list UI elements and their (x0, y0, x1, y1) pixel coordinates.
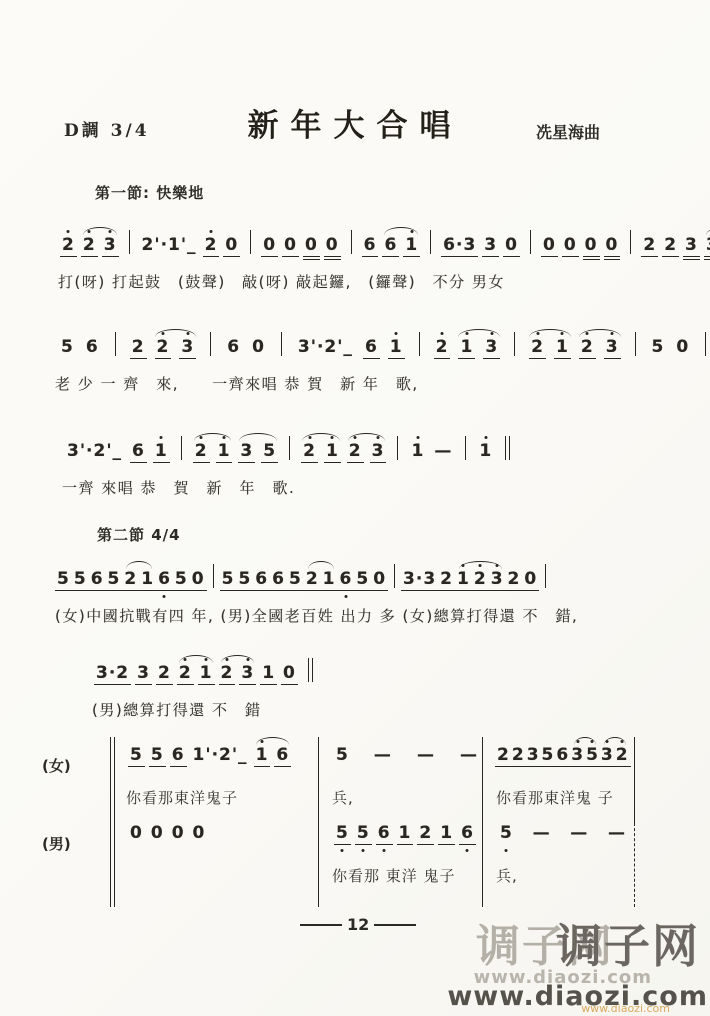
barline (289, 436, 290, 460)
duration-underline (198, 684, 215, 685)
note: 6 (91, 571, 104, 588)
note: 2 (664, 237, 677, 254)
music-line: 2232'·1'_2000006616·330000022335打(呀) 打起鼓… (58, 218, 710, 292)
octave-dot-above (186, 332, 189, 335)
measure-lyric: 兵, (332, 787, 354, 808)
note: 1 (262, 665, 275, 682)
note: 2 (474, 571, 487, 588)
section-1-heading: 第一節: 快樂地 (95, 182, 204, 203)
note: — (460, 747, 478, 764)
note: 5 (61, 339, 74, 356)
sheet-music-page: D調 3/4 新年大合唱 冼星海曲 第一節: 快樂地 第二節 4/4 2232'… (0, 0, 710, 1016)
note: 6·3 (443, 237, 476, 254)
two-voice-system: (女)5561'·2'_16你看那東洋鬼子5———兵,223563532你看那東… (40, 733, 660, 913)
note: 2 (124, 571, 137, 588)
measure-notes: 223563532 (496, 747, 630, 764)
barline (465, 436, 466, 460)
note: 5 (542, 747, 555, 764)
slur-group: 123 (455, 571, 506, 588)
duration-underline (388, 358, 405, 359)
duration-underline (554, 358, 571, 359)
octave-dot-above (591, 740, 594, 743)
duration-underline (72, 590, 89, 591)
note: 5 (222, 571, 235, 588)
note: 5 (336, 747, 349, 764)
note: 3'·2'_ (67, 443, 122, 460)
note: 5 (263, 443, 276, 460)
lyrics-row: (男)總算打得還 不 錯 (92, 699, 321, 720)
note: 3 (485, 339, 498, 356)
measure-notes: 5561'·2'_16 (126, 747, 316, 764)
duration-underline (506, 590, 523, 591)
note: 5 (151, 747, 164, 764)
note: 2 (221, 665, 234, 682)
duration-underline (583, 256, 600, 257)
note: 3'·2'_ (298, 339, 353, 356)
octave-dot-above (576, 740, 579, 743)
note: 1 (440, 825, 453, 842)
measure-lyric: 兵, (496, 865, 518, 886)
barline (115, 332, 116, 356)
barline (281, 332, 282, 356)
barline (129, 230, 130, 254)
measure-lyric: 你看那 東洋 鬼子 (332, 865, 456, 886)
lyrics-row: 打(呀) 打起鼓 (鼓聲) 敲(呀) 敲起鑼, (鑼聲) 不分 男女 (58, 271, 710, 292)
duration-underline (541, 256, 558, 257)
note: 3 (527, 747, 540, 764)
note: 5 (130, 747, 143, 764)
duration-underline (355, 844, 372, 845)
note: 1 (479, 443, 492, 460)
duration-underline (177, 684, 194, 685)
slur-group: 21 (175, 665, 217, 682)
slur-group: 23 (575, 339, 625, 356)
duration-underline (641, 256, 658, 257)
notation-row: 2232'·1'_2000006616·330000022335 (58, 218, 710, 262)
note: 6 (172, 747, 185, 764)
note: 0 (606, 237, 619, 254)
octave-dot-above (484, 436, 487, 439)
duration-underline (614, 766, 631, 767)
duration-underline (362, 256, 379, 257)
note: 1 (460, 339, 473, 356)
duration-underline (363, 358, 380, 359)
note: 0 (543, 237, 556, 254)
notation-row: 3·232212310 (92, 646, 321, 690)
lyrics-row: (女)中國抗戰有四 年, (男)全國老百姓 出力 多 (女)總算打得還 不 錯, (55, 605, 578, 626)
duration-underline (472, 590, 489, 591)
duration-underline (156, 684, 173, 685)
duration-underline (455, 590, 472, 591)
note: 0 (225, 237, 238, 254)
duration-underline (434, 358, 451, 359)
slur-group: 35 (702, 237, 710, 254)
note: 2 (195, 443, 208, 460)
duration-underline (60, 256, 77, 257)
note: 6 (461, 825, 474, 842)
duration-underline (190, 590, 207, 591)
note: 2 (440, 571, 453, 588)
octave-dot-above (331, 436, 334, 439)
duration-underline (459, 844, 476, 845)
duration-underline (219, 684, 236, 685)
duration-underline (604, 259, 621, 260)
octave-dot-above (184, 658, 187, 661)
note: 0 (585, 237, 598, 254)
octave-dot-above (611, 332, 614, 335)
duration-underline (274, 766, 291, 767)
note: 2 (497, 747, 510, 764)
note: 1 (411, 443, 424, 460)
note: 3 (104, 237, 117, 254)
octave-dot-above (465, 332, 468, 335)
note: 3·2 (96, 665, 129, 682)
slur-group: 23 (217, 665, 259, 682)
octave-dot-above (225, 658, 228, 661)
octave-dot-above (354, 436, 357, 439)
system-barline (110, 737, 115, 907)
duration-underline (216, 462, 233, 463)
duration-underline (139, 590, 156, 591)
duration-underline (130, 462, 147, 463)
duration-underline (401, 590, 438, 591)
duration-underline (253, 590, 270, 591)
duration-underline (304, 590, 321, 591)
octave-dot-above (109, 230, 112, 233)
duration-underline (417, 844, 434, 845)
duration-underline (338, 590, 355, 591)
section-2-heading: 第二節 4/4 (97, 524, 181, 545)
note: — (434, 443, 452, 460)
duration-underline (583, 259, 600, 260)
note: 5 (356, 571, 369, 588)
duration-underline (287, 590, 304, 591)
note: 0 (505, 237, 518, 254)
barline (505, 436, 510, 460)
note: 0 (564, 237, 577, 254)
page-title: 新年大合唱 (0, 100, 710, 145)
note: 2 (83, 237, 96, 254)
duration-underline (522, 590, 539, 591)
octave-dot-above (222, 436, 225, 439)
duration-underline (55, 590, 72, 591)
octave-dot-above (88, 230, 91, 233)
lyrics-row: 一齊 來唱 恭 賀 新 年 歌. (62, 477, 518, 498)
note: 2 (419, 825, 432, 842)
note: 5 (108, 571, 121, 588)
note: 2 (179, 665, 192, 682)
system-barline (318, 737, 319, 907)
note: 5 (357, 825, 370, 842)
slur-group: 21 (525, 339, 575, 356)
octave-dot-above (205, 658, 208, 661)
note: — (533, 825, 551, 842)
note: 2 (643, 237, 656, 254)
note: 0 (305, 237, 318, 254)
note: 6 (158, 571, 171, 588)
slur-group: 21 (298, 443, 344, 460)
duration-underline (238, 462, 255, 463)
note: 3 (601, 747, 614, 764)
note: 1 (155, 443, 168, 460)
note: 6 (378, 825, 391, 842)
note: 6 (272, 571, 285, 588)
barline (213, 564, 214, 588)
octave-dot-below (362, 849, 365, 852)
note: 6 (86, 339, 99, 356)
octave-dot-below (163, 595, 166, 598)
note: 0 (373, 571, 386, 588)
barline (394, 564, 395, 588)
note: 0 (130, 825, 143, 842)
barline (635, 332, 636, 356)
barline (308, 658, 313, 682)
duration-underline (220, 590, 237, 591)
duration-underline (482, 256, 499, 257)
note: 0 (192, 571, 205, 588)
duration-underline (370, 462, 387, 463)
duration-underline (483, 358, 500, 359)
duration-underline (239, 684, 256, 685)
duration-underline (303, 259, 320, 260)
octave-dot-above (586, 332, 589, 335)
note: 0 (284, 237, 297, 254)
measure-lyric: 你看那東洋鬼子 (126, 787, 238, 808)
barline (181, 436, 182, 460)
octave-dot-above (161, 332, 164, 335)
slur-group: 35 (235, 443, 281, 460)
octave-dot-above (536, 332, 539, 335)
note: 2 (157, 339, 170, 356)
music-line: 55652165055665216503·3212320(女)中國抗戰有四 年,… (55, 552, 578, 626)
note: 6 (255, 571, 268, 588)
duration-underline (604, 358, 621, 359)
barline (397, 436, 398, 460)
octave-dot-above (462, 564, 465, 567)
note: 6 (276, 747, 289, 764)
note: 3 (137, 665, 150, 682)
music-line: 56223603'·2'_61213212350老 少 一 齊 來, 一齊來唱 … (55, 320, 710, 394)
octave-dot-above (377, 436, 380, 439)
note: 2 (132, 339, 145, 356)
duration-underline (261, 462, 278, 463)
duration-underline (441, 256, 478, 257)
octave-dot-above (160, 436, 163, 439)
system-barline (634, 823, 635, 907)
note: 5 (652, 339, 665, 356)
note: 5 (586, 747, 599, 764)
duration-underline (193, 462, 210, 463)
note: 2 (581, 339, 594, 356)
note: 5 (500, 825, 513, 842)
voice-label: (女) (42, 755, 71, 776)
measure-lyric: 你看那東洋鬼 子 (496, 787, 614, 808)
duration-underline (354, 590, 371, 591)
watermark-site-url: www.diaozi.com (447, 981, 708, 1012)
octave-dot-below (466, 849, 469, 852)
note: 1 (326, 443, 339, 460)
slur-group: 23 (79, 237, 121, 254)
duration-underline (135, 684, 152, 685)
measure-notes: 5——— (332, 747, 482, 764)
duration-underline (254, 766, 271, 767)
slur-group: 21 (304, 571, 338, 588)
note: — (374, 747, 392, 764)
duration-underline (170, 766, 187, 767)
note: 0 (193, 825, 206, 842)
duration-underline (324, 462, 341, 463)
slur-group: 16 (252, 747, 294, 764)
measure-notes: 5561216 (332, 825, 482, 842)
note: 6 (365, 339, 378, 356)
note: 6 (364, 237, 377, 254)
system-barline (634, 737, 635, 823)
duration-underline (503, 256, 520, 257)
barline (514, 332, 515, 356)
page-number: 12 (300, 915, 416, 934)
duration-underline (324, 259, 341, 260)
note: 2 (508, 571, 521, 588)
note: 2 (616, 747, 629, 764)
note: 1 (457, 571, 470, 588)
slur-group: 23 (344, 443, 390, 460)
barline (351, 230, 352, 254)
note: 1 (390, 339, 403, 356)
notation-row: 3'·2'_61213521231—1 (62, 424, 518, 468)
duration-underline (179, 358, 196, 359)
duration-underline (529, 358, 546, 359)
octave-dot-above (606, 740, 609, 743)
slur-group: 32 (600, 747, 630, 764)
barline (705, 332, 706, 356)
note: 2 (306, 571, 319, 588)
note: — (417, 747, 435, 764)
note: 1 (405, 237, 418, 254)
note: 5 (336, 825, 349, 842)
note: 3 (491, 571, 504, 588)
duration-underline (683, 256, 700, 257)
note: 3 (706, 237, 710, 254)
duration-underline (604, 256, 621, 257)
octave-dot-above (395, 332, 398, 335)
note: 0 (524, 571, 537, 588)
duration-underline (102, 256, 119, 257)
note: 6 (556, 747, 569, 764)
duration-underline (282, 256, 299, 257)
octave-dot-above (209, 230, 212, 233)
duration-underline (281, 684, 298, 685)
duration-underline (149, 766, 166, 767)
octave-dot-above (479, 564, 482, 567)
voice-label: (男) (42, 833, 71, 854)
duration-underline (704, 259, 710, 260)
note: 6 (132, 443, 145, 460)
barline (419, 332, 420, 356)
duration-underline (321, 590, 338, 591)
duration-underline (347, 462, 364, 463)
note: 3 (241, 665, 254, 682)
barline (630, 230, 631, 254)
duration-underline (438, 590, 455, 591)
page-number-text: 12 (347, 915, 369, 934)
duration-underline (562, 256, 579, 257)
duration-underline (704, 256, 710, 257)
barline (250, 230, 251, 254)
note: 5 (74, 571, 87, 588)
note: 1 (399, 825, 412, 842)
music-line: 3·232212310(男)總算打得還 不 錯 (92, 646, 321, 720)
note: 2'·1'_ (142, 237, 197, 254)
duration-underline (324, 256, 341, 257)
note: 6 (340, 571, 353, 588)
octave-dot-above (561, 332, 564, 335)
note: 1 (200, 665, 213, 682)
octave-dot-above (441, 332, 444, 335)
note: 2 (205, 237, 218, 254)
note: 5 (57, 571, 70, 588)
slur-group: 61 (380, 237, 422, 254)
duration-underline (236, 590, 253, 591)
duration-underline (489, 590, 506, 591)
note: — (608, 825, 626, 842)
duration-underline (403, 256, 420, 257)
duration-underline (173, 590, 190, 591)
barline (530, 230, 531, 254)
note: 5 (175, 571, 188, 588)
duration-underline (579, 358, 596, 359)
octave-dot-above (416, 436, 419, 439)
note: 5 (238, 571, 251, 588)
note: 0 (263, 237, 276, 254)
note: 0 (172, 825, 185, 842)
note: 0 (252, 339, 265, 356)
duration-underline (261, 256, 278, 257)
note: 3 (240, 443, 253, 460)
music-line: 3'·2'_61213521231—1一齊 來唱 恭 賀 新 年 歌. (62, 424, 518, 498)
note: 3·3 (403, 571, 436, 588)
duration-underline (130, 358, 147, 359)
duration-underline (438, 844, 455, 845)
octave-dot-above (246, 658, 249, 661)
duration-underline (106, 590, 123, 591)
slur-group: 21 (190, 443, 236, 460)
duration-underline (662, 256, 679, 257)
notation-row: 56223603'·2'_61213212350 (55, 320, 710, 364)
measure-notes: 5——— (496, 825, 630, 842)
octave-dot-above (200, 436, 203, 439)
composer-credit: 冼星海曲 (536, 120, 600, 143)
barline (210, 332, 211, 356)
octave-dot-below (341, 849, 344, 852)
note: 1'·2'_ (193, 747, 248, 764)
note: 2 (158, 665, 171, 682)
duration-underline (94, 684, 131, 685)
duration-underline (270, 590, 287, 591)
duration-underline (382, 256, 399, 257)
barline (430, 230, 431, 254)
note: 1 (323, 571, 336, 588)
duration-underline (371, 590, 388, 591)
octave-dot-above (260, 740, 263, 743)
duration-underline (156, 590, 173, 591)
duration-underline (128, 766, 145, 767)
notation-row: 55652165055665216503·3212320 (55, 552, 578, 596)
octave-dot-below (505, 849, 508, 852)
note: 3 (571, 747, 584, 764)
slur-group: 23 (151, 339, 201, 356)
octave-dot-above (410, 230, 413, 233)
watermark: 调子网 调子网 www.diaozi.com www.diaozi.com ww… (430, 916, 710, 1016)
